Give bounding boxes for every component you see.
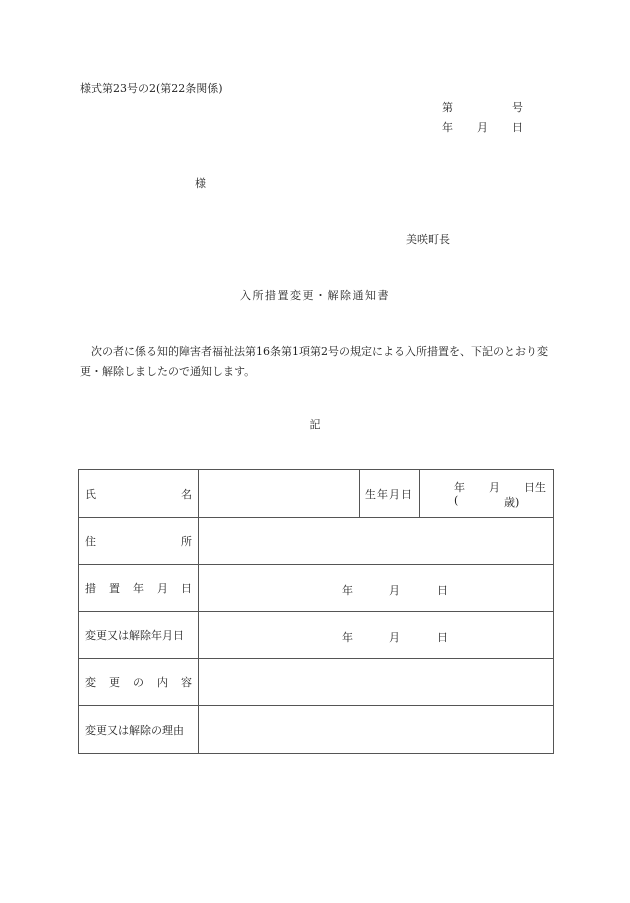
issue-date-day: 日 [512,119,523,135]
document-title: 入所措置変更・解除通知書 [0,287,630,303]
label-change-content: 変 更 の 内 容 [79,659,199,705]
name-input[interactable] [199,470,360,517]
form-number: 様式第23号の2(第22条関係) [80,80,223,96]
table-row-reason: 変更又は解除の理由 [79,705,553,753]
change-content-input[interactable] [199,659,553,705]
issue-date-year: 年 [442,119,453,135]
table-row-change-content: 変 更 の 内 容 [79,658,553,705]
document-number-prefix: 第 [442,99,453,115]
birthdate-input[interactable]: 年 月 日生 ( 歳) [420,470,553,517]
addressee-honorific: 様 [195,175,206,191]
label-birthdate: 生年月日 [360,470,420,517]
issue-date-month: 月 [477,119,488,135]
document-number-suffix: 号 [512,99,523,115]
sender-name: 美咲町長 [406,231,450,247]
label-reason: 変更又は解除の理由 [79,706,199,753]
address-input[interactable] [199,518,553,564]
label-change-date: 変更又は解除年月日 [79,612,199,658]
body-text: 次の者に係る知的障害者福祉法第16条第1項第2号の規定による入所措置を、下記のと… [80,342,554,382]
label-measure-date: 措 置 年 月 日 [79,565,199,611]
measure-date-input[interactable]: 年 月 日 [199,565,553,611]
details-table: 氏 名 生年月日 年 月 日生 ( 歳) 住 所 措 [78,469,554,754]
change-date-input[interactable]: 年 月 日 [199,612,553,658]
table-row-name: 氏 名 生年月日 年 月 日生 ( 歳) [79,470,553,517]
ki-heading: 記 [0,416,630,432]
label-name: 氏 名 [79,470,199,517]
table-row-address: 住 所 [79,517,553,564]
table-row-change-date: 変更又は解除年月日 年 月 日 [79,611,553,658]
reason-input[interactable] [199,706,553,753]
label-address: 住 所 [79,518,199,564]
table-row-measure-date: 措 置 年 月 日 年 月 日 [79,564,553,611]
